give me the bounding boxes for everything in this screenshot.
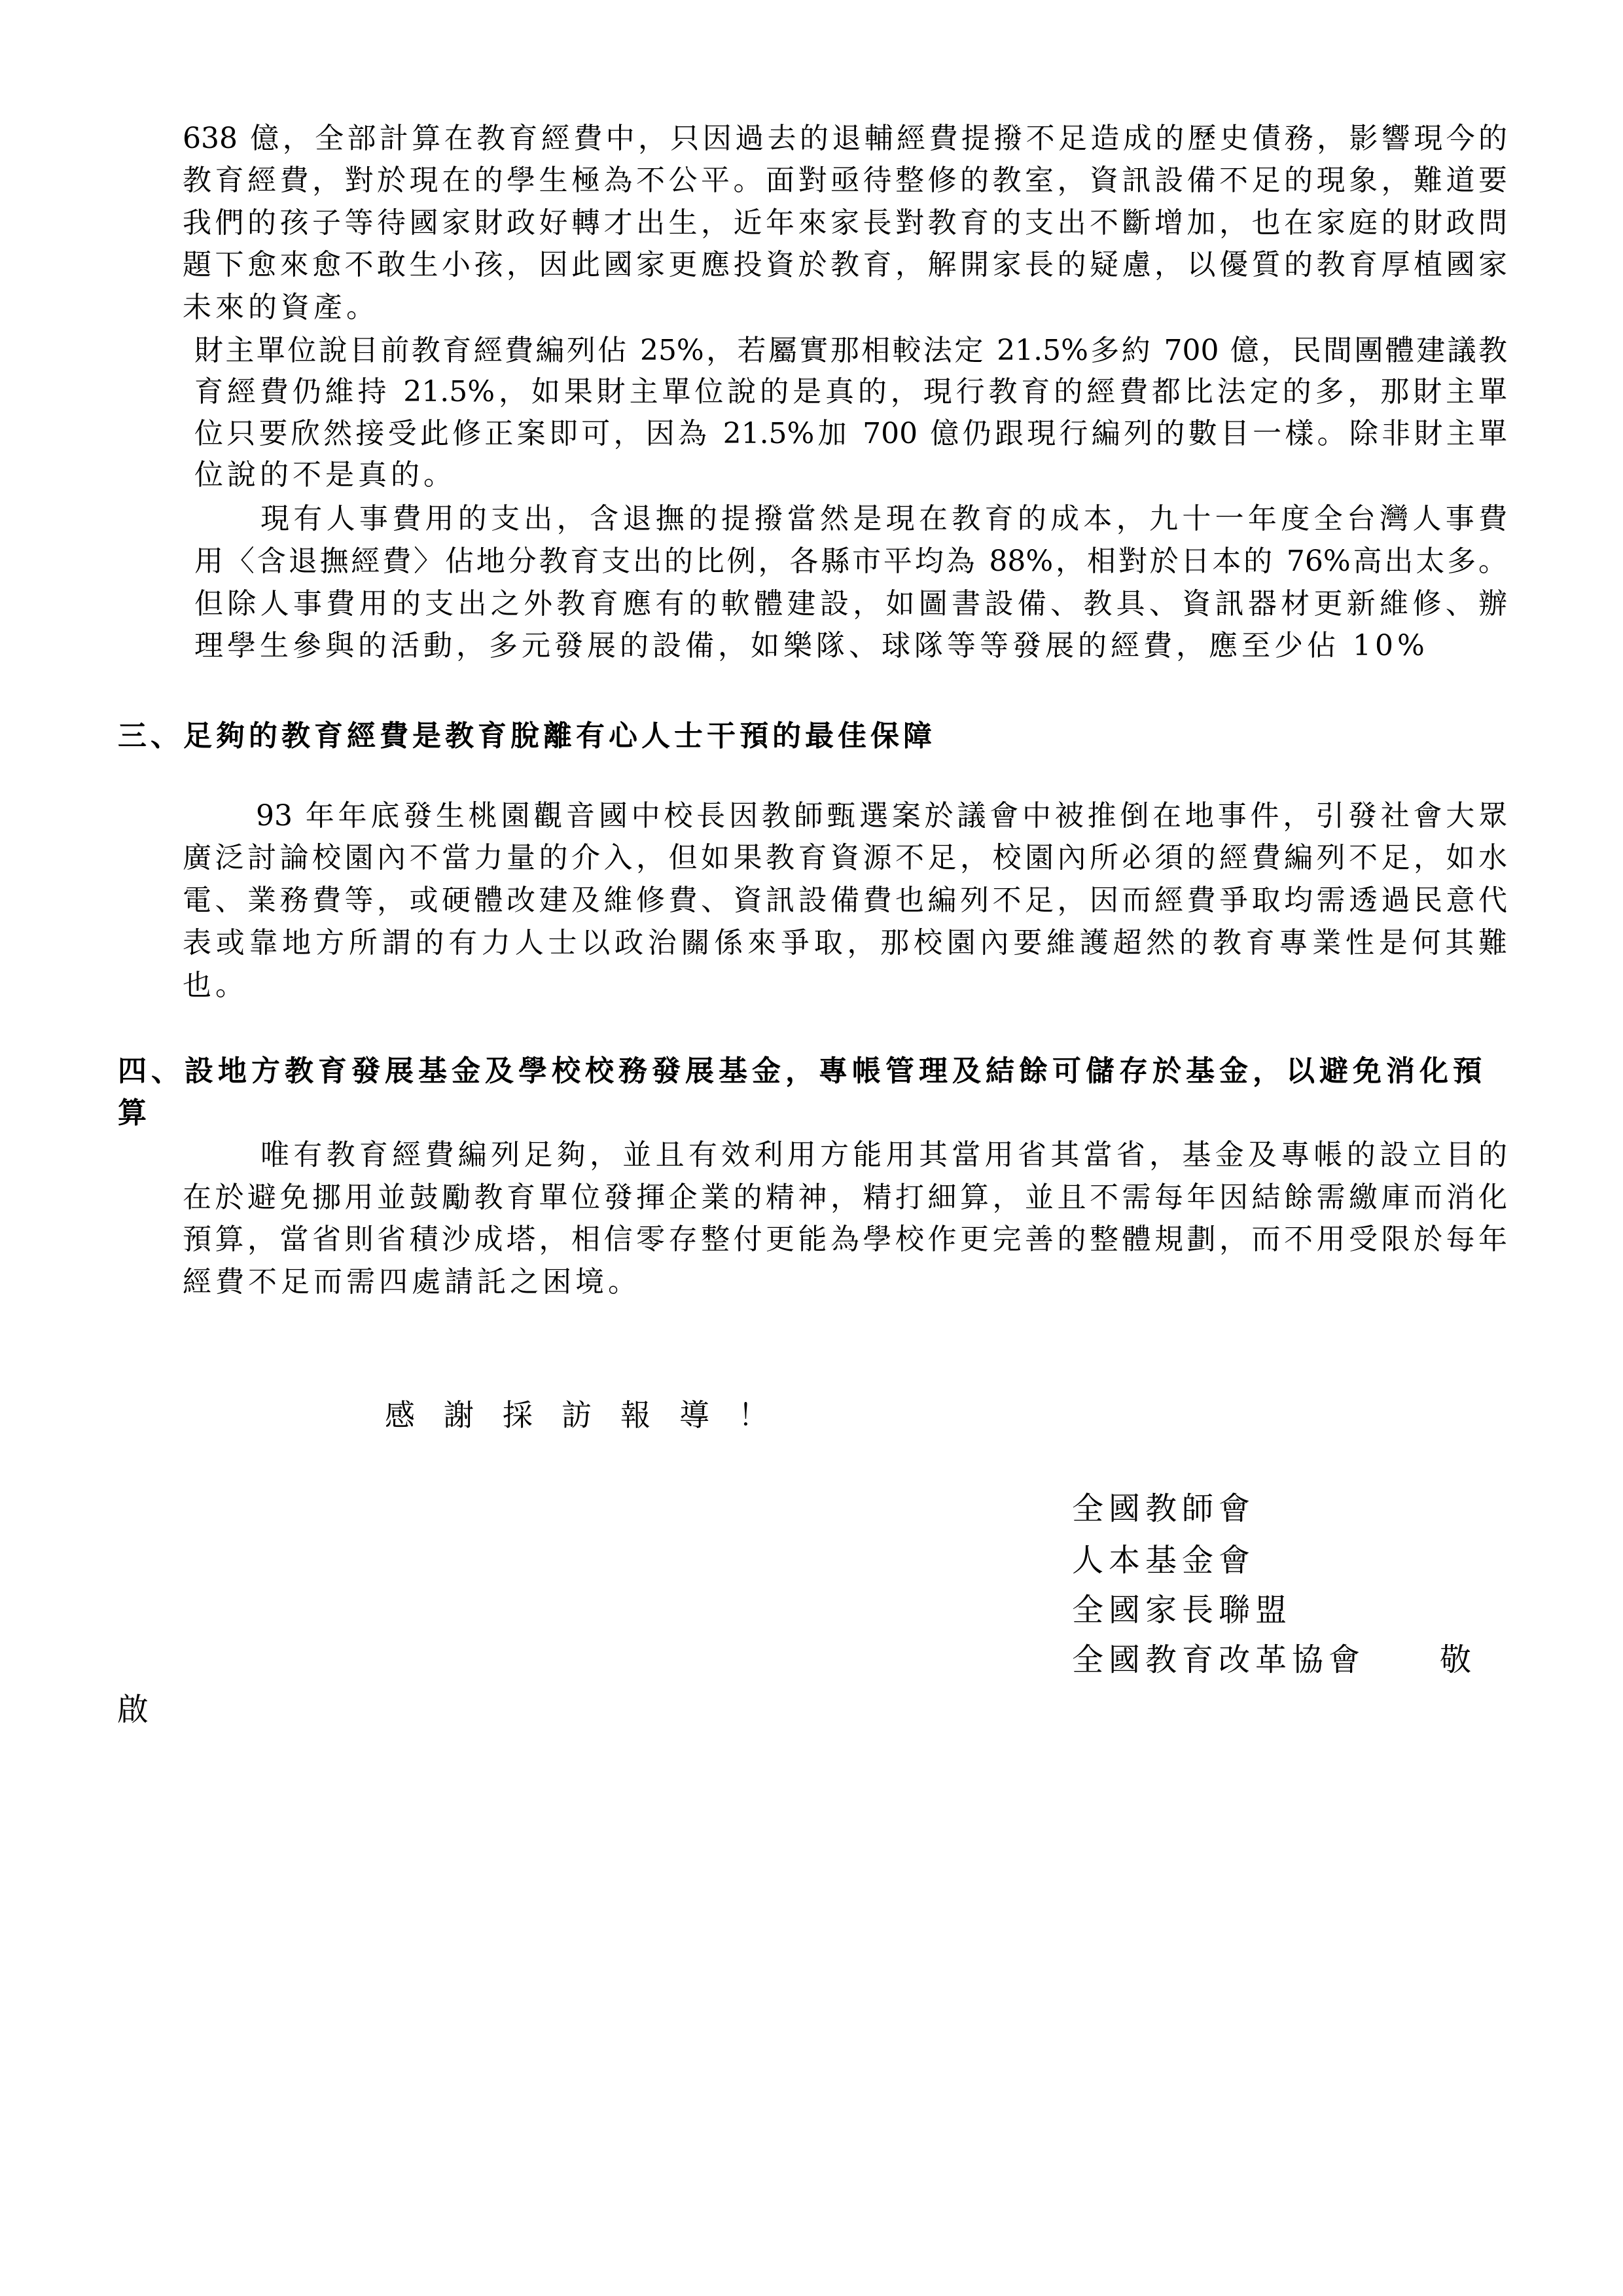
body-line: 預算，當省則省積沙成塔，相信零存整付更能為學校作更完善的整體規劃，而不用受限於每…	[183, 1219, 1507, 1261]
body-line: 在於避免挪用並鼓勵教育單位發揮企業的精神，精打細算，並且不需每年因結餘需繳庫而消…	[183, 1177, 1507, 1219]
body-line: 用〈含退撫經費〉佔地分教育支出的比例，各縣市平均為 88%，相對於日本的 76%…	[194, 541, 1507, 583]
document-page: 638 億，全部計算在教育經費中，只因過去的退輔經費提撥不足造成的歷史債務，影響…	[0, 0, 1623, 2296]
body-line: 未來的資產。	[183, 287, 379, 329]
body-line: 電、業務費等，或硬體改建及維修費、資訊設備費也編列不足，因而經費爭取均需透過民意…	[183, 880, 1507, 922]
body-line: 表或靠地方所謂的有力人士以政治關係來爭取，那校園內要維護超然的教育專業性是何其難	[183, 922, 1507, 964]
body-line: 93 年年底發生桃園觀音國中校長因教師甄選案於議會中被推倒在地事件，引發社會大眾	[256, 795, 1507, 837]
body-line: 位只要欣然接受此修正案即可，因為 21.5%加 700 億仍跟現行編列的數目一樣…	[194, 413, 1507, 455]
salutation-jing: 敬	[1440, 1639, 1476, 1681]
section-heading: 三、足夠的教育經費是教育脫離有心人士干預的最佳保障	[118, 715, 936, 757]
body-line: 理學生參與的活動，多元發展的設備，如樂隊、球隊等等發展的經費，應至少佔 10%	[194, 625, 1429, 667]
body-line: 財主單位說目前教育經費編列佔 25%，若屬實那相較法定 21.5%多約 700 …	[194, 330, 1507, 372]
body-line: 位說的不是真的。	[194, 454, 456, 496]
signatory-education-reform-association: 全國教育改革協會	[1072, 1639, 1365, 1681]
body-line: 也。	[183, 965, 248, 1007]
body-line: 我們的孩子等待國家財政好轉才出生，近年來家長對教育的支出不斷增加，也在家庭的財政…	[183, 202, 1507, 244]
body-line: 教育經費，對於現在的學生極為不公平。面對亟待整修的教室，資訊設備不足的現象，難道…	[183, 160, 1507, 202]
thanks-line: 感謝採訪報導！	[385, 1394, 797, 1436]
body-line: 但除人事費用的支出之外教育應有的軟體建設，如圖書設備、教具、資訊器材更新維修、辦	[194, 583, 1507, 625]
body-line: 638 億，全部計算在教育經費中，只因過去的退輔經費提撥不足造成的歷史債務，影響…	[183, 118, 1507, 160]
body-line: 廣泛討論校園內不當力量的介入，但如果教育資源不足，校園內所必須的經費編列不足，如…	[183, 837, 1507, 879]
section-heading: 四、設地方教育發展基金及學校校務發展基金，專帳管理及結餘可儲存於基金，以避免消化…	[118, 1050, 1486, 1092]
body-line: 唯有教育經費編列足夠，並且有效利用方能用其當用省其當省，基金及專帳的設立目的	[260, 1134, 1507, 1176]
body-line: 題下愈來愈不敢生小孩，因此國家更應投資於教育，解開家長的疑慮，以優質的教育厚植國…	[183, 244, 1507, 286]
signatory-humanistic-foundation: 人本基金會	[1072, 1539, 1255, 1581]
signatory-parents-league: 全國家長聯盟	[1072, 1589, 1292, 1631]
signatory-teachers-association: 全國教師會	[1072, 1488, 1255, 1530]
body-line: 現有人事費用的支出，含退撫的提撥當然是現在教育的成本，九十一年度全台灣人事費	[260, 498, 1507, 540]
salutation-qi: 啟	[117, 1689, 154, 1731]
body-line: 育經費仍維持 21.5%，如果財主單位說的是真的，現行教育的經費都比法定的多，那…	[194, 371, 1507, 413]
body-line: 經費不足而需四處請託之困境。	[183, 1261, 641, 1303]
